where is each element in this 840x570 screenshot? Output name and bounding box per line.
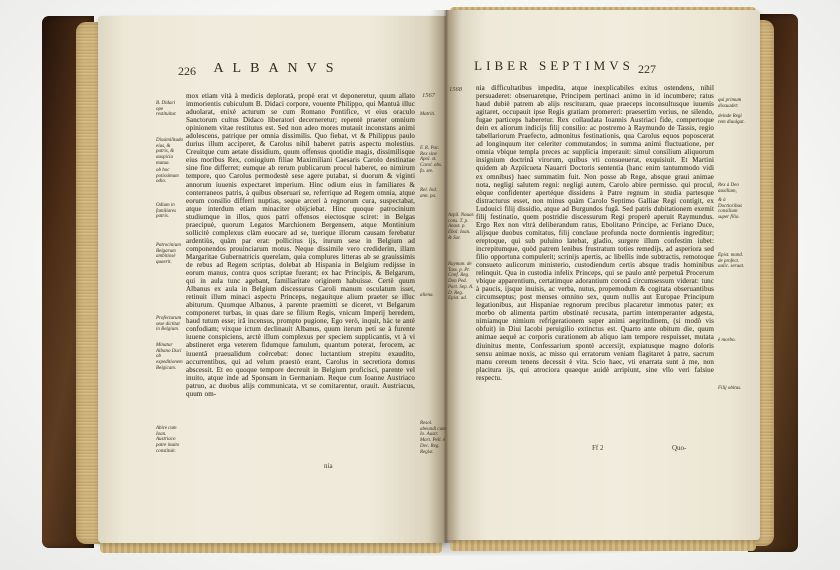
margin-note: Rex à Deo auxilium,	[718, 183, 745, 194]
margin-note: qui primum dissuadet:	[718, 98, 745, 109]
photo-backdrop: { "colors": { "backdrop": "#f6f6f4", "co…	[0, 0, 840, 570]
signature-mark: Ff 2	[592, 444, 603, 452]
margin-note: B. Didaci ope restituitur.	[156, 101, 183, 118]
margin-note: Azpil. Nauar. cons. T. p. Anast. p. Ebol…	[448, 213, 475, 242]
right-page-number: 227	[638, 62, 656, 77]
margin-note: Odium in familiares patris.	[156, 203, 183, 220]
margin-note: Filij obitus.	[718, 386, 745, 392]
margin-note: Abire cum Ioan. Austriaco patre inuito c…	[156, 426, 183, 455]
margin-note: Dissimilitudo eius, & patris, & auspicia…	[156, 138, 183, 167]
bottom-right-page-edge	[450, 539, 756, 551]
margin-note: & à Doctioribus consilium super filio.	[718, 198, 745, 221]
left-page: 226 ALBANVS 1567 mox etiam vità à medici…	[98, 16, 446, 543]
margin-note: deinde Regi rem diuulgat.	[718, 114, 745, 125]
left-running-head: ALBANVS	[158, 61, 398, 77]
right-running-head: LIBER SEPTIMVS	[474, 58, 634, 74]
right-outer-margin-notes: qui primum dissuadet:deinde Regi rem diu…	[718, 10, 748, 540]
margin-note: Resol. abeundi cum Io. Austr. Mart. Pell…	[420, 421, 447, 455]
margin-note: Profecturum sese dictitat in Belgium.	[156, 316, 183, 333]
right-page: LIBER SEPTIMVS 227 1568 nia difficultati…	[446, 10, 760, 540]
right-body-text: nia difficultatibus impedita, atque inex…	[476, 84, 714, 442]
margin-note: aliena.	[420, 293, 447, 299]
margin-note: Matriti.	[420, 112, 447, 118]
margin-note: Rel. Ind. ann. pa.	[420, 188, 447, 199]
margin-note: ob hoc potissimum odia.	[156, 168, 183, 185]
right-catchword: Quo-	[672, 444, 686, 452]
margin-note: Patrocinium Belgarum ambitiosè quaerit.	[156, 243, 183, 266]
margin-note: Epist. mand. de profect. aulic. seruat.	[718, 253, 745, 270]
margin-note: Minatur Albano Duci ob expeditionem Belg…	[156, 343, 183, 372]
left-body-text: mox etiam vità à medicis deploratà, prop…	[186, 92, 415, 464]
left-catchword: nia	[324, 462, 333, 470]
left-inner-margin-notes: Matriti.F. R. Pac. Rex sine Apol. st. Ca…	[420, 16, 444, 543]
margin-note: F. R. Pac. Rex sine Apol. st. Carol. abs…	[420, 146, 447, 175]
right-inner-margin-notes: Azpil. Nauar. cons. T. p. Anast. p. Ebol…	[448, 10, 474, 540]
margin-note: Raymun. de Tass. p. Pr. Conf. Reg. Don P…	[448, 262, 475, 302]
left-outer-margin-notes: B. Didaci ope restituitur.Dissimilitudo …	[156, 16, 184, 543]
margin-note: è morbo.	[718, 338, 745, 344]
